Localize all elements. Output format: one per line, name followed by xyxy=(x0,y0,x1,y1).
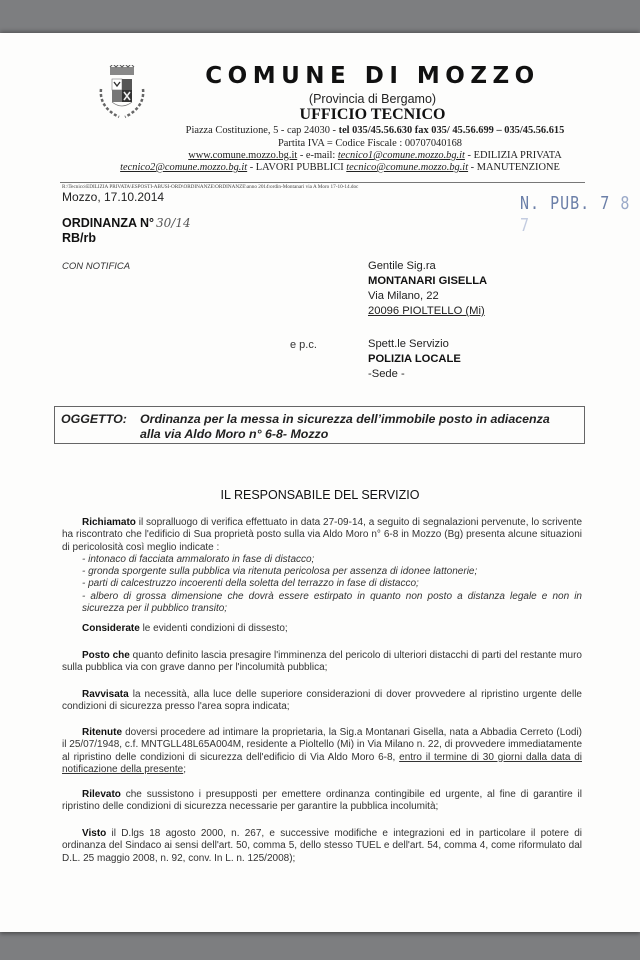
paragraph-considerate: Considerate le evidenti condizioni di di… xyxy=(62,623,582,635)
paragraph-text: la necessità, alla luce delle superiore … xyxy=(62,689,582,712)
paragraph-text: il sopralluogo di verifica effettuato in… xyxy=(62,517,582,553)
keyword: Ritenute xyxy=(82,727,122,738)
cc-location: -Sede - xyxy=(368,367,461,382)
province: (Provincia di Bergamo) xyxy=(200,92,545,106)
keyword: Considerate xyxy=(82,623,140,634)
paragraph-text: quanto definito lascia presagire l'immin… xyxy=(62,650,582,673)
stamp-prefix: N. PUB. 7 xyxy=(520,192,620,214)
header-divider xyxy=(60,182,585,183)
lavori-label: - LAVORI PUBBLICI xyxy=(247,162,346,173)
stamp-digit-faded: 7 xyxy=(520,214,530,236)
edilizia-label: - EDILIZIA PRIVATA xyxy=(465,150,562,161)
email-label: - e-mail: xyxy=(297,150,338,161)
cc-label: e p.c. xyxy=(290,339,317,351)
subject-label: OGGETTO: xyxy=(61,412,127,426)
paragraph-ravvisata: Ravvisata la necessità, alla luce delle … xyxy=(62,689,582,714)
phone-fax: tel 035/45.56.630 fax 035/ 45.56.699 – 0… xyxy=(339,125,565,136)
paragraph-ritenute: Ritenute doversi procedere ad intimare l… xyxy=(62,727,582,776)
email-edilizia-link[interactable]: tecnico1@comune.mozzo.bg.it xyxy=(338,150,465,161)
notification-label: CON NOTIFICA xyxy=(62,261,130,272)
subject-line-2: alla via Aldo Moro n° 6-8- Mozzo xyxy=(140,427,550,442)
list-item: - intonaco di facciata ammalorato in fas… xyxy=(82,554,582,566)
address: Piazza Costituzione, 5 - cap 24030 - xyxy=(186,125,339,136)
paragraph-end: ; xyxy=(183,764,186,775)
hazard-list: - intonaco di facciata ammalorato in fas… xyxy=(62,554,582,615)
keyword: Visto xyxy=(82,828,106,839)
address-line: Piazza Costituzione, 5 - cap 24030 - tel… xyxy=(135,125,615,136)
paragraph-text: il D.lgs 18 agosto 2000, n. 267, e succe… xyxy=(62,828,582,864)
coat-of-arms-icon xyxy=(93,65,151,133)
office-name: UFFICIO TECNICO xyxy=(200,106,545,124)
ordinance-number: ORDINANZA N°30/14 xyxy=(62,216,191,230)
list-item: - parti di calcestruzzo incoerenti della… xyxy=(82,578,582,590)
paragraph-posto: Posto che quanto definito lascia presagi… xyxy=(62,650,582,675)
subject-text: Ordinanza per la messa in sicurezza dell… xyxy=(140,412,550,442)
contact-line-1: www.comune.mozzo.bg.it - e-mail: tecnico… xyxy=(135,150,615,161)
manutenzione-label: - MANUTENZIONE xyxy=(468,162,560,173)
contact-line-2: tecnico2@comune.mozzo.bg.it - LAVORI PUB… xyxy=(100,162,580,173)
stamp-digit: 8 xyxy=(620,192,630,214)
paragraph-text: che sussistono i presupposti per emetter… xyxy=(62,789,582,812)
subject-box: OGGETTO: Ordinanza per la messa in sicur… xyxy=(54,406,585,444)
keyword: Posto che xyxy=(82,650,130,661)
cc-name: POLIZIA LOCALE xyxy=(368,353,461,365)
email-lavori-link[interactable]: tecnico2@comune.mozzo.bg.it xyxy=(120,162,247,173)
paragraph-richiamato: Richiamato il sopralluogo di verifica ef… xyxy=(62,517,582,615)
recipient-city: 20096 PIOLTELLO (Mi) xyxy=(368,304,487,319)
recipient-salutation: Gentile Sig.ra xyxy=(368,259,487,274)
recipient-street: Via Milano, 22 xyxy=(368,289,487,304)
list-item: - gronda sporgente sulla pubblica via ri… xyxy=(82,566,582,578)
document-page: COMUNE DI MOZZO (Provincia di Bergamo) U… xyxy=(0,33,640,932)
subject-line-1: Ordinanza per la messa in sicurezza dell… xyxy=(140,412,550,427)
ordinance-label: ORDINANZA N° xyxy=(62,216,154,230)
paragraph-text: le evidenti condizioni di dissesto; xyxy=(140,623,288,634)
keyword: Ravvisata xyxy=(82,689,129,700)
list-item: - albero di grossa dimensione che dovrà … xyxy=(82,591,582,616)
email-manutenzione-link[interactable]: tecnico@comune.mozzo.bg.it xyxy=(346,162,468,173)
publication-stamp: N. PUB. 7 8 7 xyxy=(520,192,640,235)
vat-number: Partita IVA = Codice Fiscale : 007070401… xyxy=(130,138,610,149)
municipality-title: COMUNE DI MOZZO xyxy=(200,63,545,89)
section-heading: IL RESPONSABILE DEL SERVIZIO xyxy=(0,488,640,502)
paragraph-rilevato: Rilevato che sussistono i presupposti pe… xyxy=(62,789,582,814)
keyword: Richiamato xyxy=(82,517,136,528)
document-date: Mozzo, 17.10.2014 xyxy=(62,190,164,204)
paragraph-visto: Visto il D.lgs 18 agosto 2000, n. 267, e… xyxy=(62,828,582,865)
initials: RB/rb xyxy=(62,231,96,245)
recipient-block: Gentile Sig.ra MONTANARI GISELLA Via Mil… xyxy=(368,259,487,319)
cc-salutation: Spett.le Servizio xyxy=(368,337,461,352)
ordinance-handwritten-number: 30/14 xyxy=(156,216,191,230)
website-link[interactable]: www.comune.mozzo.bg.it xyxy=(188,150,297,161)
keyword: Rilevato xyxy=(82,789,121,800)
recipient-name: MONTANARI GISELLA xyxy=(368,275,487,287)
cc-block: Spett.le Servizio POLIZIA LOCALE -Sede - xyxy=(368,337,461,382)
